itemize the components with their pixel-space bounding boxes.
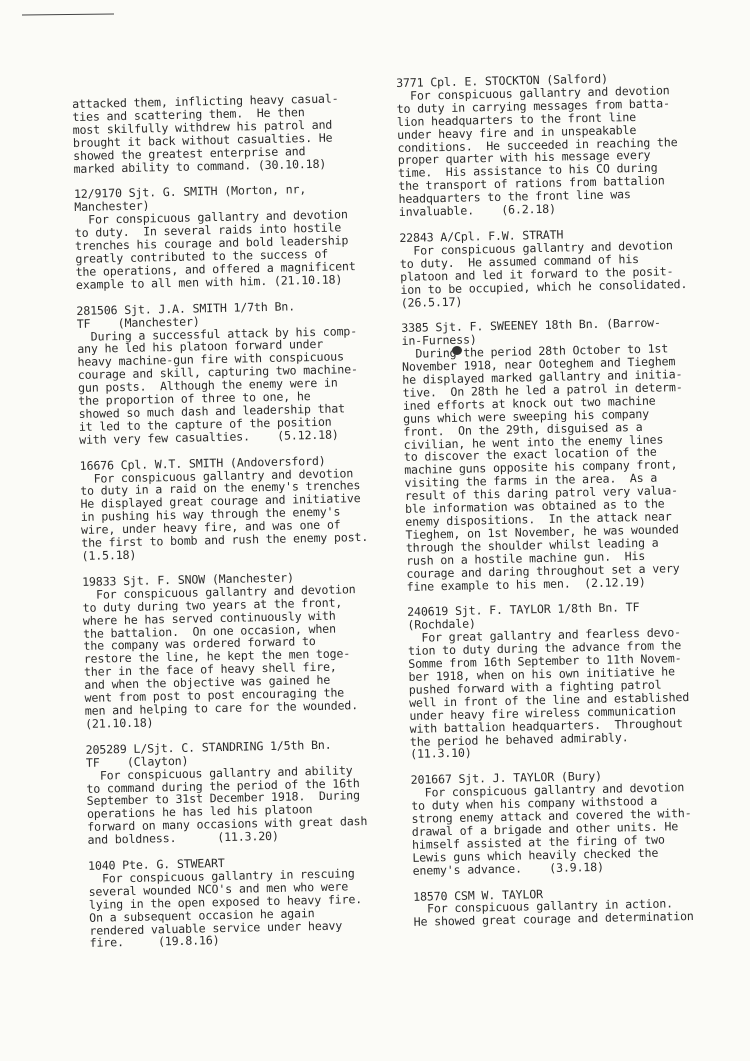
citation-text: For conspicuous gallantry and abilityto … [86, 763, 418, 847]
left-column: attacked them, inflicting heavy casual-t… [72, 91, 420, 963]
citation-text: During the period 28th October to 1stNov… [402, 341, 737, 593]
citation-text: For conspicuous gallantry and devotionto… [396, 83, 729, 219]
citation-text: For conspicuous gallantry in action.He s… [413, 896, 743, 929]
top-rule [22, 14, 114, 16]
citation-text: For conspicuous gallantry and devotionto… [400, 238, 731, 309]
right-column: 3771 Cpl. E. STOCKTON (Salford) For cons… [396, 70, 744, 942]
citation-entry: 16676 Cpl. W.T. SMITH (Andoversford) For… [80, 453, 412, 563]
citation-text: For conspicuous gallantry and devotionto… [82, 582, 415, 731]
citation-entry: 19833 Sjt. F. SNOW (Manchester) For cons… [82, 569, 415, 731]
citation-text: For conspicuous gallantry and devotionto… [411, 780, 743, 877]
citation-entry: 18570 CSM W. TAYLOR For conspicuous gall… [413, 883, 744, 929]
citation-entry: attacked them, inflicting heavy casual-t… [72, 91, 404, 175]
citation-entry: 281506 Sjt. J.A. SMITH 1/7th Bn.TF (Manc… [76, 298, 409, 447]
citation-entry: 201667 Sjt. J. TAYLOR (Bury) For conspic… [411, 767, 743, 877]
citation-text: For great gallantry and fearless devo-ti… [408, 625, 741, 761]
citation-text: During a successful attack by his comp-a… [77, 324, 409, 447]
citation-entry: 12/9170 Sjt. G. SMITH (Morton, nr,Manche… [74, 182, 406, 292]
ink-blot [452, 346, 462, 355]
citation-text: attacked them, inflicting heavy casual-t… [72, 91, 404, 175]
citation-text: For conspicuous gallantry in rescuingsev… [88, 866, 420, 950]
citation-entry: 3385 Sjt. F. SWEENEY 18th Bn. (Barrow-in… [401, 315, 737, 593]
citation-text: For conspicuous gallantry and devotionto… [80, 466, 412, 563]
citation-entry: 3771 Cpl. E. STOCKTON (Salford) For cons… [396, 70, 729, 219]
citation-entry: 1040 Pte. G. STWEART For conspicuous gal… [88, 853, 420, 950]
citation-entry: 22843 A/Cpl. F.W. STRATH For conspicuous… [399, 225, 731, 309]
citation-entry: 240619 Sjt. F. TAYLOR 1/8th Bn. TF(Rochd… [407, 599, 740, 761]
citation-text: For conspicuous gallantry and devotionto… [74, 207, 406, 291]
citation-entry: 205289 L/Sjt. C. STANDRING 1/5th Bn.TF (… [86, 737, 418, 847]
